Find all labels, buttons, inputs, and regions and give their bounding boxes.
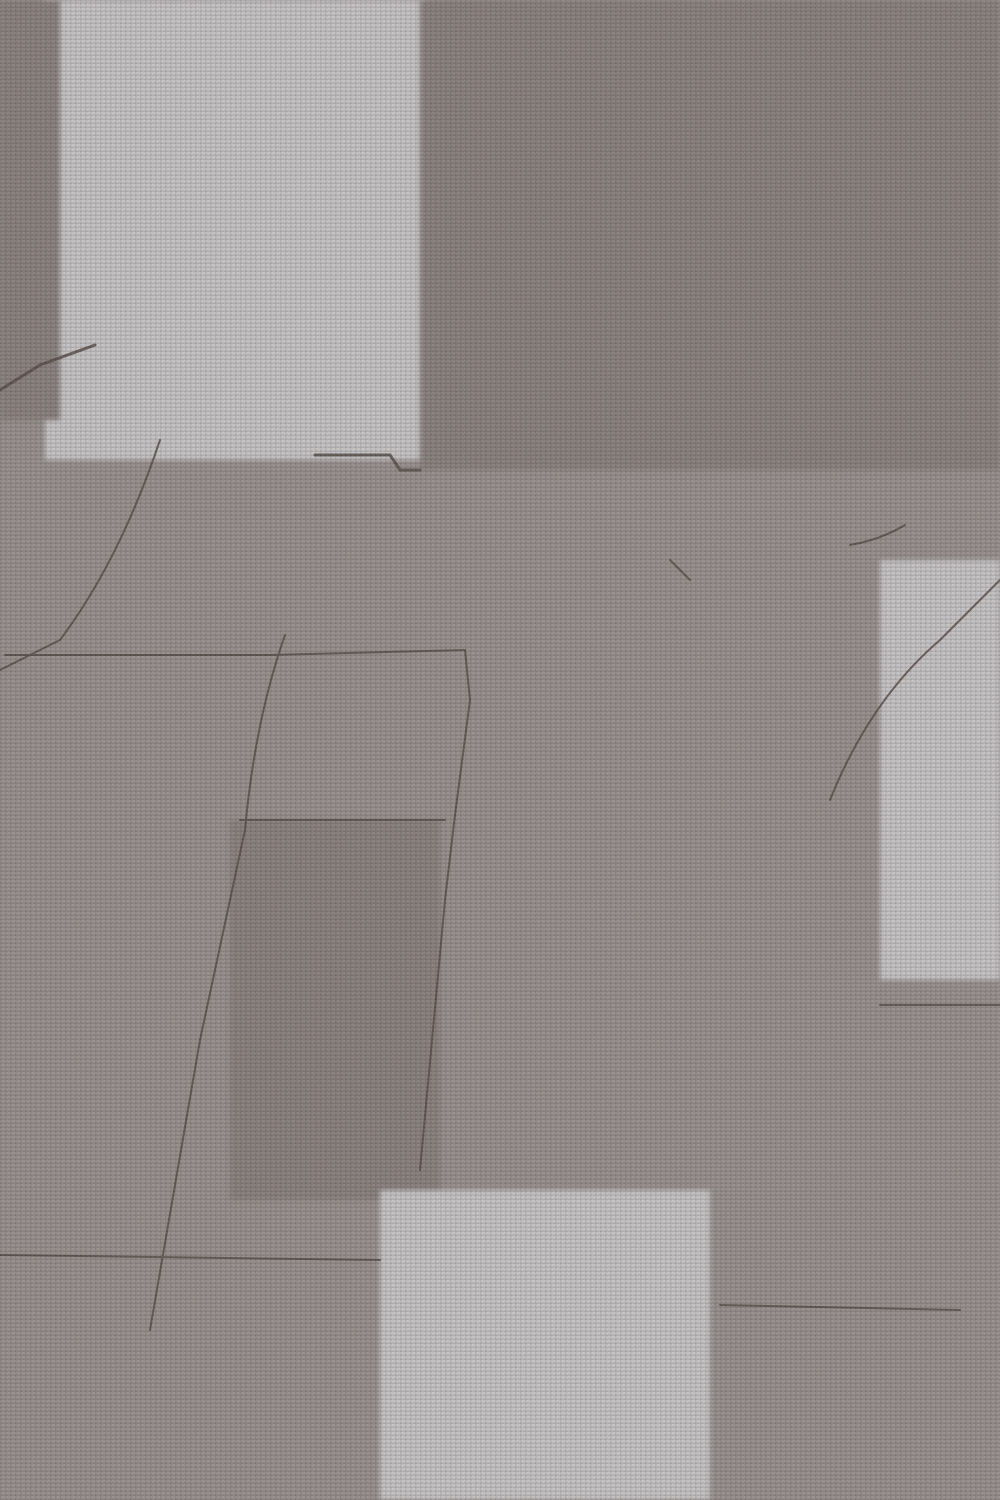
dark-patch-top-right: [420, 0, 1000, 470]
light-patch-top-left: [45, 0, 425, 460]
carpet-texture-photo: [0, 0, 1000, 1500]
dark-patch-left-strip: [0, 0, 60, 420]
dark-patch-center: [230, 820, 440, 1200]
light-patch-bottom: [380, 1190, 710, 1500]
light-patch-right: [880, 560, 1000, 980]
